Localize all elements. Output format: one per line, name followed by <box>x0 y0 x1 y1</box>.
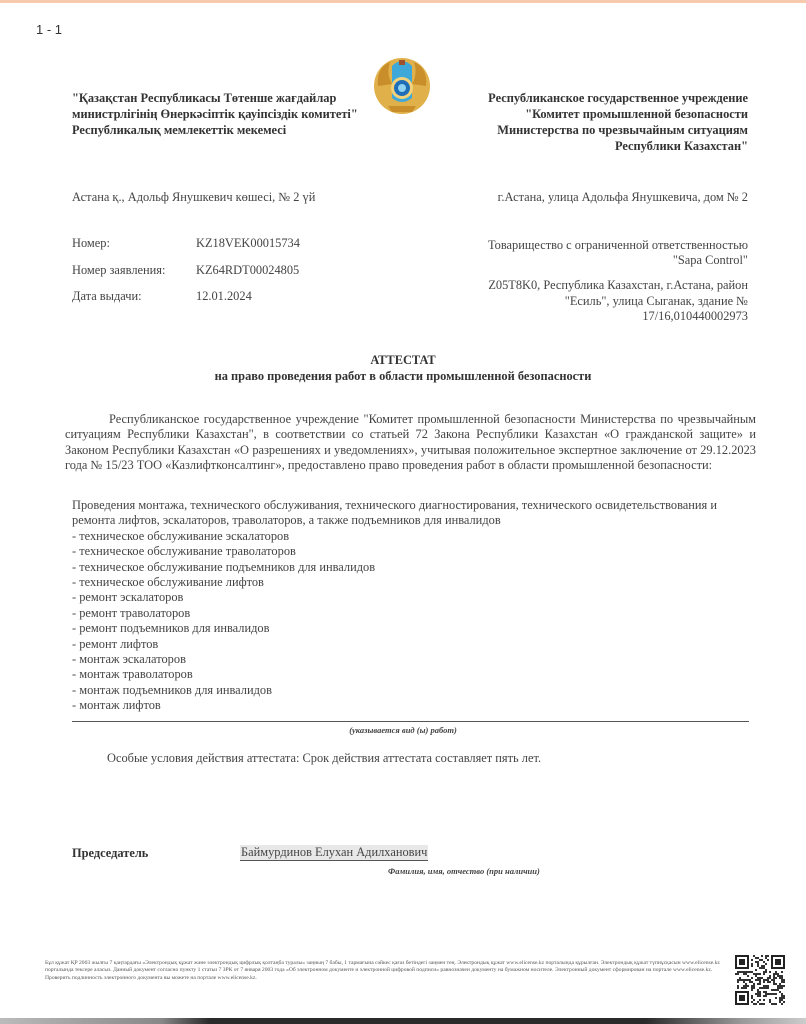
issuer-address-kazakh: Астана қ., Адольф Янушкевич көшесі, № 2 … <box>72 190 362 205</box>
recipient-address: Z05T8K0, Республика Казахстан, г.Астана,… <box>460 278 748 325</box>
works-list-item: - техническое обслуживание подъемников д… <box>72 560 762 575</box>
application-label: Номер заявления: <box>72 263 196 290</box>
document-title-block: АТТЕСТАТ на право проведения работ в обл… <box>0 352 806 384</box>
works-list-item: - монтаж траволаторов <box>72 667 762 682</box>
viewer-top-bar <box>0 0 806 3</box>
document-title: АТТЕСТАТ <box>0 352 806 368</box>
kazakhstan-state-emblem-icon <box>370 52 434 116</box>
issuer-address-russian: г.Астана, улица Адольфа Янушкевича, дом … <box>460 190 748 205</box>
works-section: Проведения монтажа, технического обслужи… <box>72 498 762 714</box>
works-list-item: - техническое обслуживание траволаторов <box>72 544 762 559</box>
issue-date-label: Дата выдачи: <box>72 289 196 316</box>
works-intro: Проведения монтажа, технического обслужи… <box>72 498 762 529</box>
chair-name: Баймурдинов Елухан Адилханович <box>240 845 428 861</box>
works-list-item: - монтаж эскалаторов <box>72 652 762 667</box>
header-org-kazakh: "Қазақстан Республикасы Төтенше жағдайла… <box>72 90 372 138</box>
page-indicator: 1 - 1 <box>36 22 62 37</box>
issue-date-value: 12.01.2024 <box>196 289 252 316</box>
works-list-item: - монтаж подъемников для инвалидов <box>72 683 762 698</box>
special-conditions: Особые условия действия аттестата: Срок … <box>107 751 541 766</box>
document-body: Республиканское государственное учрежден… <box>65 412 756 473</box>
works-divider <box>72 721 749 722</box>
application-value: KZ64RDT00024805 <box>196 263 299 290</box>
footer-disclaimer: Бұл құжат ҚР 2003 жылғы 7 қаңтардағы «Эл… <box>45 960 725 982</box>
document-subtitle: на право проведения работ в области пром… <box>0 368 806 384</box>
works-list-item: - техническое обслуживание эскалаторов <box>72 529 762 544</box>
works-list-item: - ремонт эскалаторов <box>72 590 762 605</box>
works-caption: (указывается вид (ы) работ) <box>0 725 806 735</box>
works-list-item: - ремонт лифтов <box>72 637 762 652</box>
meta-number-row: Номер: KZ18VEK00015734 <box>72 236 300 263</box>
works-list: - техническое обслуживание эскалаторов- … <box>72 529 762 714</box>
meta-application-row: Номер заявления: KZ64RDT00024805 <box>72 263 300 290</box>
chair-caption: Фамилия, имя, отчество (при наличии) <box>388 866 540 876</box>
number-label: Номер: <box>72 236 196 263</box>
works-list-item: - монтаж лифтов <box>72 698 762 713</box>
qr-code-icon <box>735 955 785 1005</box>
works-list-item: - техническое обслуживание лифтов <box>72 575 762 590</box>
recipient-name: Товарищество с ограниченной ответственно… <box>460 238 748 268</box>
number-value: KZ18VEK00015734 <box>196 236 300 263</box>
certificate-meta: Номер: KZ18VEK00015734 Номер заявления: … <box>72 236 300 316</box>
works-list-item: - ремонт траволаторов <box>72 606 762 621</box>
works-list-item: - ремонт подъемников для инвалидов <box>72 621 762 636</box>
chair-label: Председатель <box>72 846 148 861</box>
header-org-russian: Республиканское государственное учрежден… <box>462 90 748 154</box>
viewer-bottom-bar <box>0 1018 806 1024</box>
meta-issue-date-row: Дата выдачи: 12.01.2024 <box>72 289 300 316</box>
